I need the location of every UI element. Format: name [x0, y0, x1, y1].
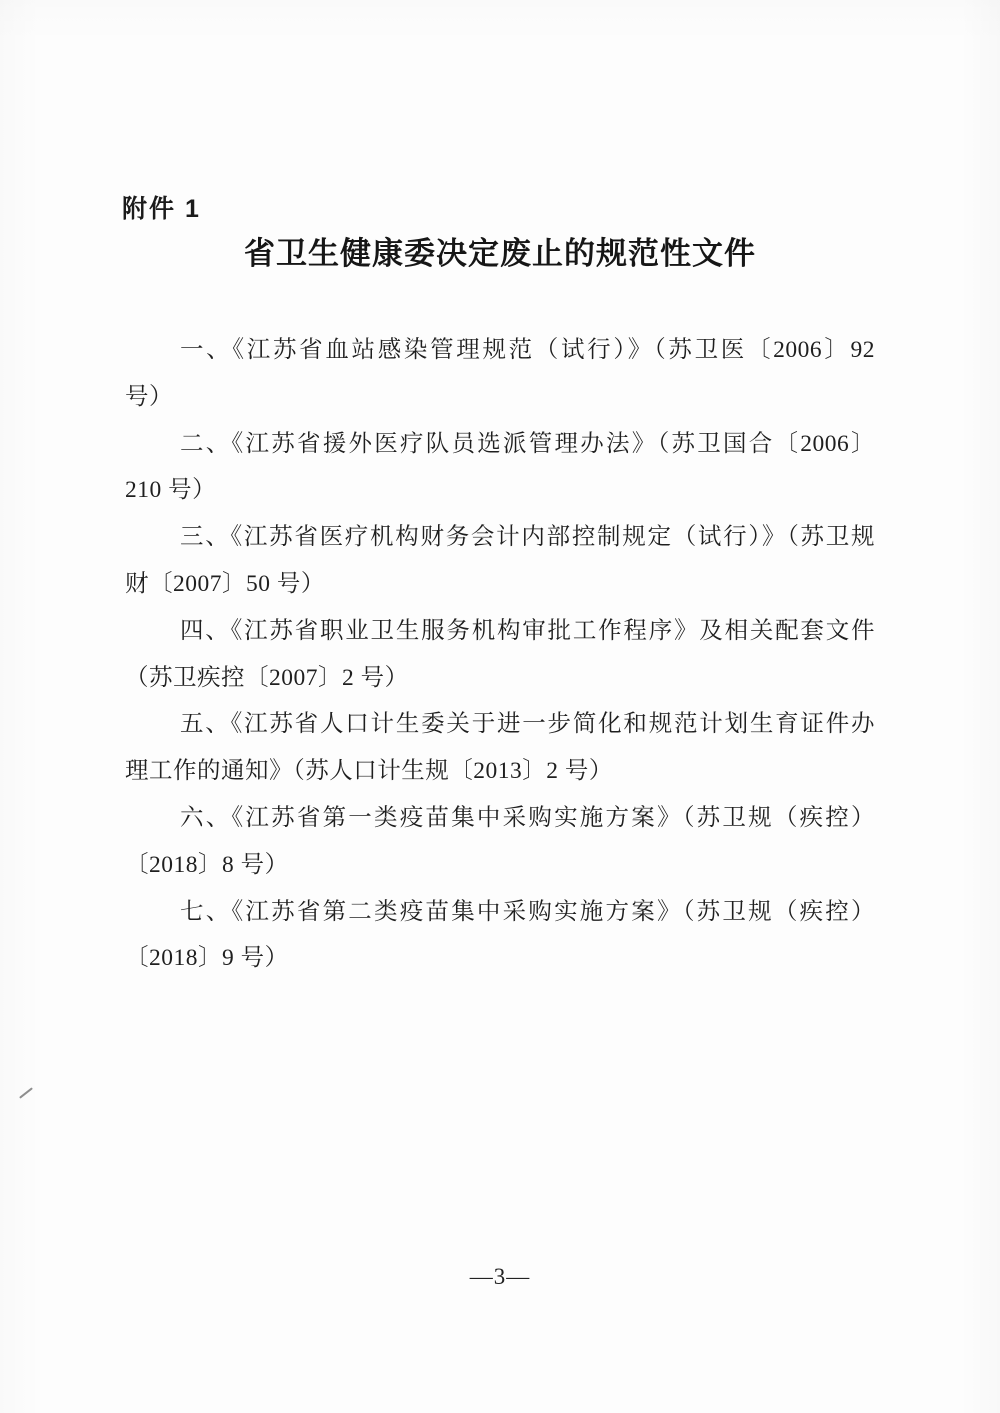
list-item-line: 理工作的通知》（苏人口计生规〔2013〕2 号） — [125, 748, 875, 795]
list-item-line: 七、《江苏省第二类疫苗集中采购实施方案》（苏卫规（疾控） — [125, 889, 875, 936]
list-item-line: 六、《江苏省第一类疫苗集中采购实施方案》（苏卫规（疾控） — [125, 795, 875, 842]
document-body: 一、《江苏省血站感染管理规范（试行）》（苏卫医〔2006〕92 号） 二、《江苏… — [125, 327, 875, 982]
attachment-label: 附件 1 — [122, 189, 201, 225]
pen-scan-mark — [19, 1087, 33, 1098]
document-title: 省卫生健康委决定废止的规范性文件 — [0, 228, 1000, 273]
list-item-line: （苏卫疾控〔2007〕2 号） — [125, 655, 875, 702]
list-item-line: 号） — [125, 374, 875, 421]
list-item-line: 三、《江苏省医疗机构财务会计内部控制规定（试行）》（苏卫规 — [125, 514, 875, 561]
page-number: —3— — [0, 1264, 1000, 1290]
list-item: 二、《江苏省援外医疗队员选派管理办法》（苏卫国合〔2006〕 210 号） — [125, 421, 875, 515]
list-item-line: 财〔2007〕50 号） — [125, 561, 875, 608]
list-item: 七、《江苏省第二类疫苗集中采购实施方案》（苏卫规（疾控） 〔2018〕9 号） — [125, 889, 875, 983]
list-item-line: 〔2018〕8 号） — [125, 842, 875, 889]
list-item-line: 〔2018〕9 号） — [125, 935, 875, 982]
list-item: 五、《江苏省人口计生委关于进一步简化和规范计划生育证件办 理工作的通知》（苏人口… — [125, 701, 875, 795]
list-item-line: 二、《江苏省援外医疗队员选派管理办法》（苏卫国合〔2006〕 — [125, 421, 875, 468]
list-item-line: 四、《江苏省职业卫生服务机构审批工作程序》及相关配套文件 — [125, 608, 875, 655]
list-item: 四、《江苏省职业卫生服务机构审批工作程序》及相关配套文件 （苏卫疾控〔2007〕… — [125, 608, 875, 702]
list-item: 六、《江苏省第一类疫苗集中采购实施方案》（苏卫规（疾控） 〔2018〕8 号） — [125, 795, 875, 889]
list-item: 三、《江苏省医疗机构财务会计内部控制规定（试行）》（苏卫规 财〔2007〕50 … — [125, 514, 875, 608]
list-item-line: 一、《江苏省血站感染管理规范（试行）》（苏卫医〔2006〕92 — [125, 327, 875, 374]
list-item-line: 210 号） — [125, 467, 875, 514]
list-item-line: 五、《江苏省人口计生委关于进一步简化和规范计划生育证件办 — [125, 701, 875, 748]
scanned-document-page: 附件 1 省卫生健康委决定废止的规范性文件 一、《江苏省血站感染管理规范（试行）… — [0, 0, 1000, 1413]
list-item: 一、《江苏省血站感染管理规范（试行）》（苏卫医〔2006〕92 号） — [125, 327, 875, 421]
